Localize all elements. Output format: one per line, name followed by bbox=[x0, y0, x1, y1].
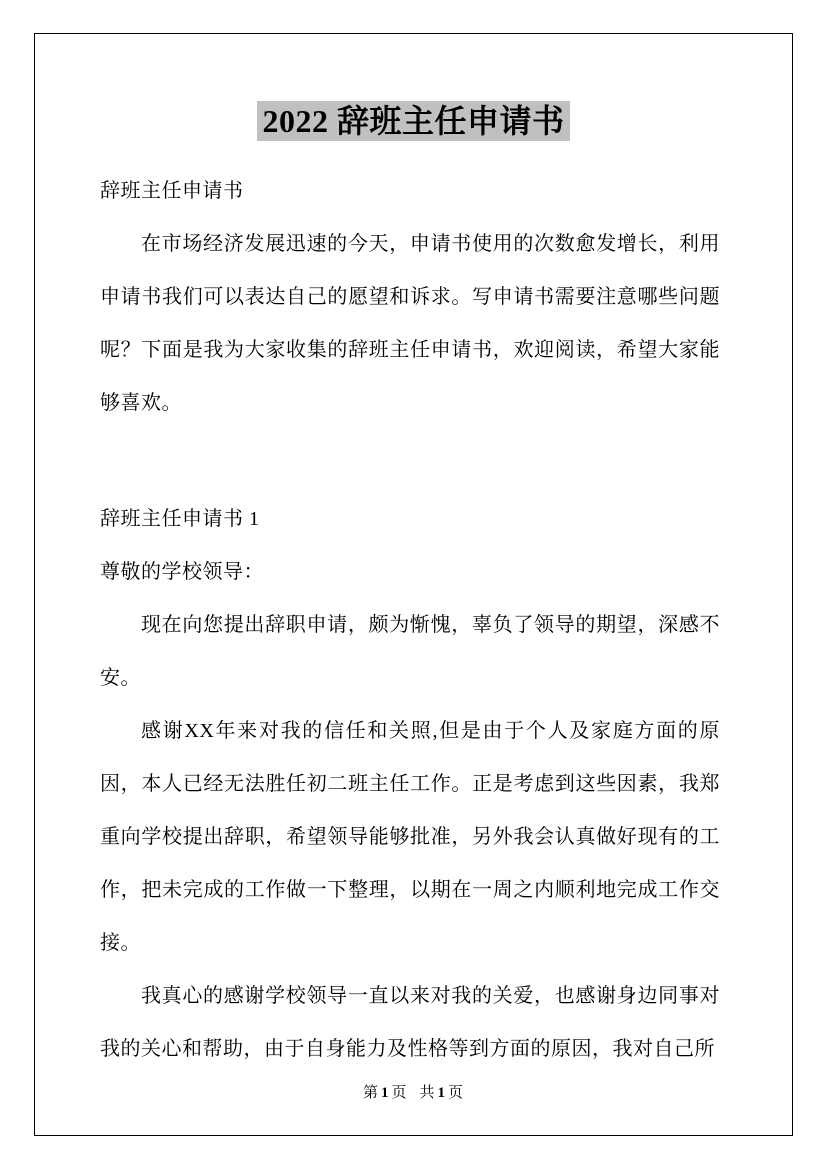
document-canvas: 2022 辞班主任申请书 辞班主任申请书 在市场经济发展迅速的今天，申请书使用的… bbox=[0, 0, 827, 1170]
intro-paragraph: 在市场经济发展迅速的今天，申请书使用的次数愈发增长，利用申请书我们可以表达自己的… bbox=[100, 218, 720, 430]
footer-current-suffix: 页 bbox=[391, 1085, 407, 1101]
intro-label: 辞班主任申请书 bbox=[100, 165, 720, 218]
body-paragraph-1: 现在向您提出辞职申请，颇为惭愧，辜负了领导的期望，深感不安。 bbox=[100, 599, 720, 705]
footer-current-prefix: 第 bbox=[363, 1085, 379, 1101]
section-heading: 辞班主任申请书 1 bbox=[100, 493, 720, 546]
footer-total-suffix: 页 bbox=[448, 1085, 464, 1101]
body-paragraph-2: 感谢XX年来对我的信任和关照,但是由于个人及家庭方面的原因，本人已经无法胜任初二… bbox=[100, 705, 720, 970]
footer-total-page-number: 1 bbox=[436, 1085, 449, 1101]
document-title: 2022 辞班主任申请书 bbox=[257, 101, 569, 141]
page-border-frame: 2022 辞班主任申请书 辞班主任申请书 在市场经济发展迅速的今天，申请书使用的… bbox=[34, 33, 793, 1136]
body-paragraph-3: 我真心的感谢学校领导一直以来对我的关爱，也感谢身边同事对我的关心和帮助，由于自身… bbox=[100, 970, 720, 1076]
title-row: 2022 辞班主任申请书 bbox=[35, 101, 792, 141]
footer-total-prefix: 共 bbox=[420, 1085, 436, 1101]
footer-current-page-number: 1 bbox=[379, 1085, 392, 1101]
document-body: 辞班主任申请书 在市场经济发展迅速的今天，申请书使用的次数愈发增长，利用申请书我… bbox=[100, 165, 720, 1076]
page-footer: 第1页共1页 bbox=[35, 1082, 792, 1104]
salutation: 尊敬的学校领导： bbox=[100, 546, 720, 599]
